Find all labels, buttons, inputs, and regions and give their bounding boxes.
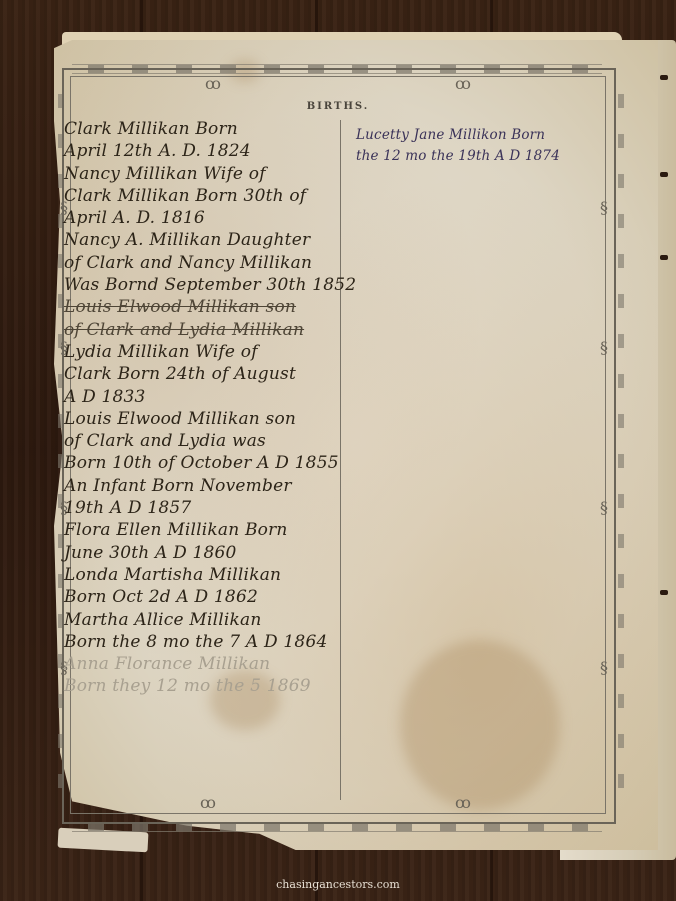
- handwritten-entry-line: Born they 12 mo the 5 1869: [64, 675, 344, 697]
- handwritten-entry-line: of Clark and Lydia was: [64, 430, 344, 452]
- handwritten-entry-line: Clark Millikan Born 30th of: [64, 185, 344, 207]
- handwritten-entry-line: Lydia Millikan Wife of: [64, 341, 344, 363]
- handwritten-entry-line: Born 10th of October A D 1855: [64, 452, 344, 474]
- handwritten-entry-line: Born the 8 mo the 7 A D 1864: [64, 631, 344, 653]
- handwritten-entry-line: Was Bornd September 30th 1852: [64, 274, 344, 296]
- handwritten-entry-line: Anna Florance Millikan: [64, 653, 344, 675]
- handwritten-entry-line: Clark Born 24th of August: [64, 363, 344, 385]
- handwritten-entry-line: 19th A D 1857: [64, 497, 344, 519]
- scroll-ornament-icon: ꝏ: [200, 795, 216, 811]
- binding-stitch: [660, 75, 668, 80]
- handwritten-entry-line: Clark Millikan Born: [64, 118, 344, 140]
- scroll-ornament-icon: ꝏ: [205, 76, 221, 92]
- handwritten-entry-line: Lucetty Jane Millikon Born: [356, 125, 606, 146]
- scroll-ornament-icon: §: [600, 500, 608, 516]
- handwritten-entry-line: April A. D. 1816: [64, 207, 344, 229]
- handwritten-entry-line: Louis Elwood Millikan son: [64, 408, 344, 430]
- handwritten-entry-line: Martha Allice Millikan: [64, 609, 344, 631]
- handwritten-entry-line: Nancy A. Millikan Daughter: [64, 229, 344, 251]
- scroll-ornament-icon: ꝏ: [455, 76, 471, 92]
- scroll-ornament-icon: ꝏ: [455, 795, 471, 811]
- handwritten-entry-line: the 12 mo the 19th A D 1874: [356, 146, 606, 167]
- handwritten-entry-line: Born Oct 2d A D 1862: [64, 586, 344, 608]
- binding-stitch: [660, 590, 668, 595]
- left-column-entries: Clark Millikan BornApril 12th A. D. 1824…: [64, 118, 344, 698]
- handwritten-entry-line: A D 1833: [64, 386, 344, 408]
- handwritten-entry-line: Louis Elwood Millikan son: [64, 296, 344, 318]
- scroll-ornament-icon: §: [600, 340, 608, 356]
- scroll-ornament-icon: §: [600, 660, 608, 676]
- handwritten-entry-line: Flora Ellen Millikan Born: [64, 519, 344, 541]
- site-watermark: chasingancestors.com: [0, 878, 676, 891]
- handwritten-entry-line: of Clark and Nancy Millikan: [64, 252, 344, 274]
- binding-stitch: [660, 172, 668, 177]
- handwritten-entry-line: An Infant Born November: [64, 475, 344, 497]
- right-column-entries: Lucetty Jane Millikon Bornthe 12 mo the …: [356, 125, 606, 167]
- page-heading: BIRTHS.: [0, 101, 676, 112]
- ornamental-border-right: [618, 80, 624, 810]
- handwritten-entry-line: of Clark and Lydia Millikan: [64, 319, 344, 341]
- handwritten-entry-line: April 12th A. D. 1824: [64, 140, 344, 162]
- handwritten-entry-line: Nancy Millikan Wife of: [64, 163, 344, 185]
- scroll-ornament-icon: §: [600, 200, 608, 216]
- binding-stitch: [660, 255, 668, 260]
- handwritten-entry-line: Londa Martisha Millikan: [64, 564, 344, 586]
- handwritten-entry-line: June 30th A D 1860: [64, 542, 344, 564]
